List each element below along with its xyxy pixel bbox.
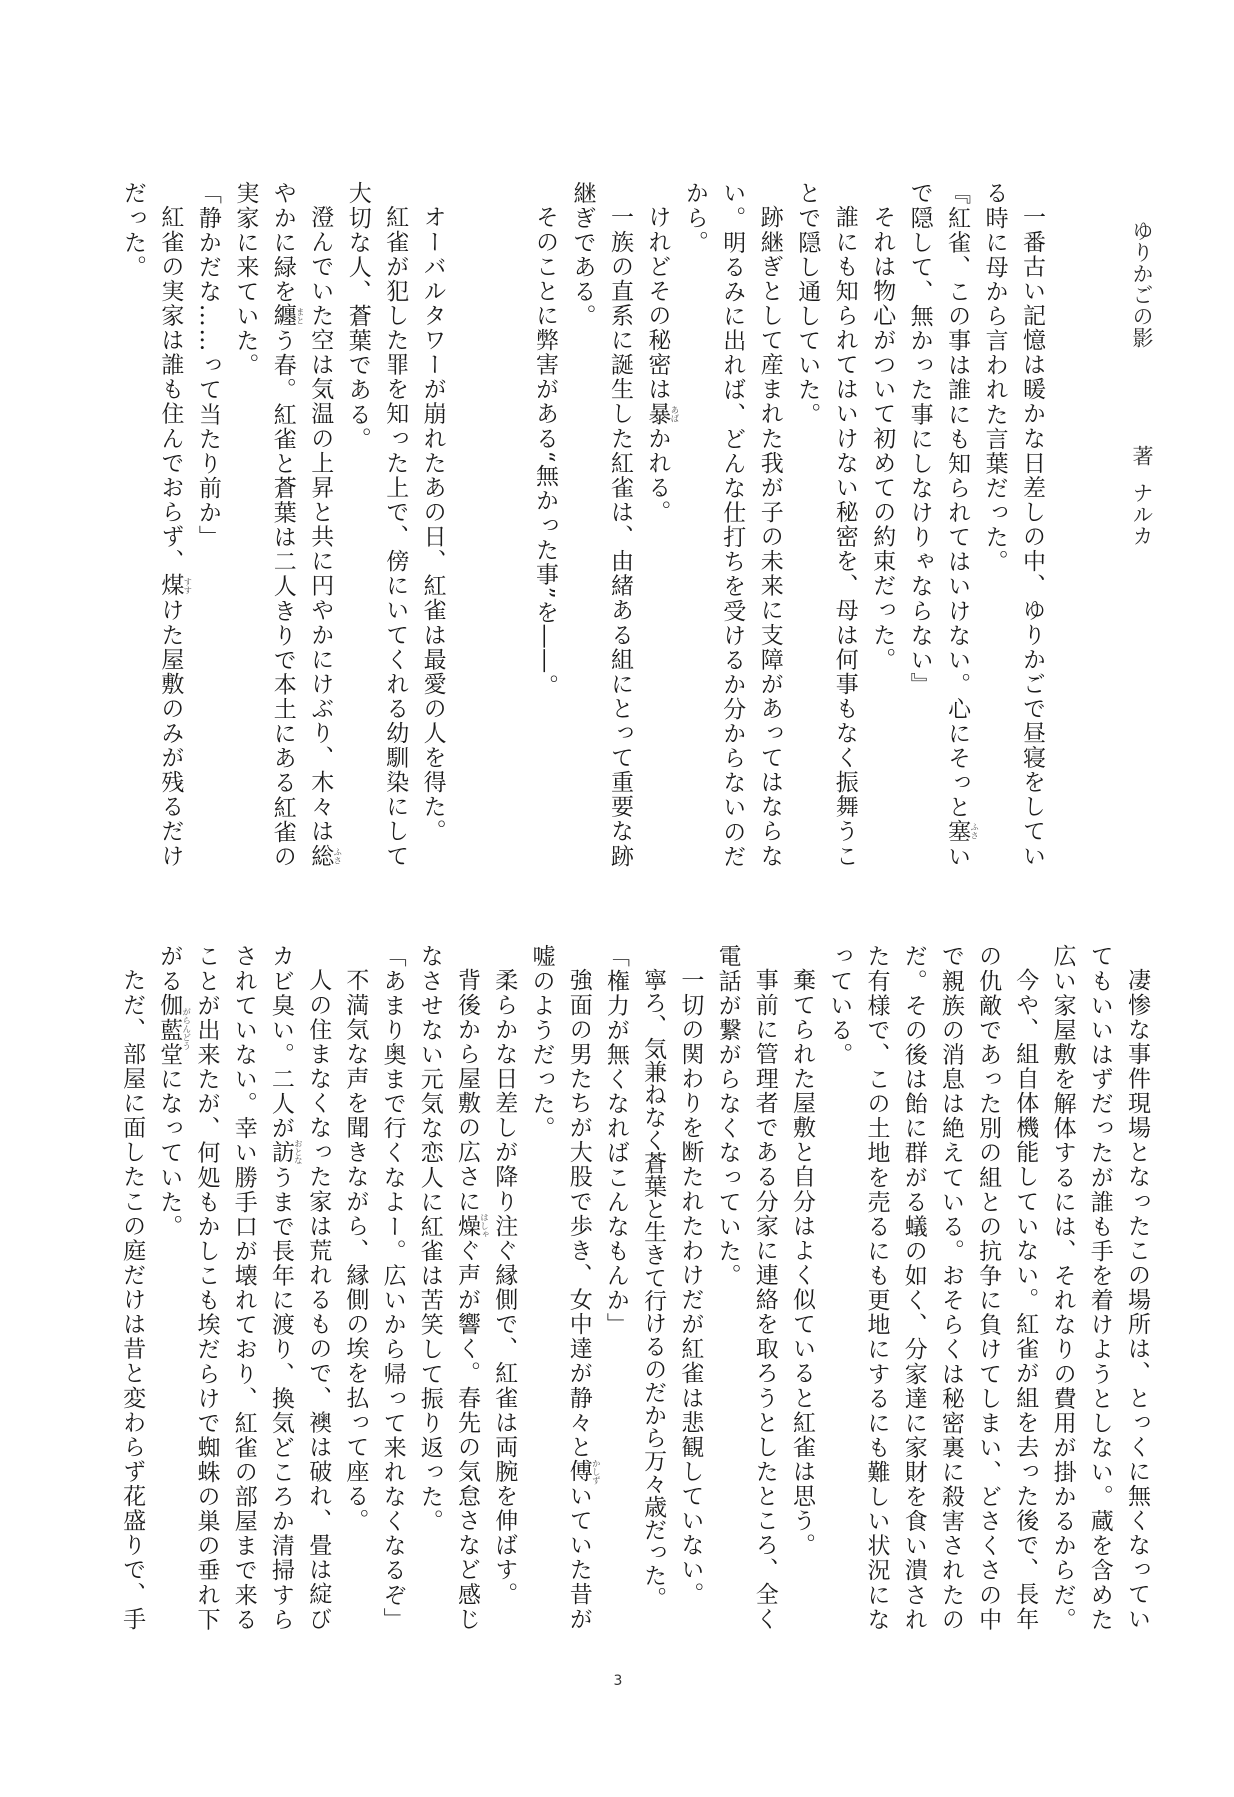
ruby-word: 訪おとな (268, 1140, 294, 1165)
text-line: ただ、部屋に面したこの庭だけは昔と変わらず花盛りで、手 (117, 944, 147, 1644)
ruby-base: 傅 (566, 1459, 592, 1484)
text-line: とで隠し通していた。 (792, 181, 822, 881)
text-line: で隠して、無かった事にしなけりゃならない』 (905, 181, 935, 881)
page-number: 3 (608, 1673, 628, 1689)
text-line: 一番古い記憶は暖かな日差しの中、ゆりかごで昼寝をしてい (1017, 181, 1047, 881)
line-text: い (944, 844, 970, 869)
text-line: 今や、組自体機能していない。紅雀が組を去った後で、長年 (1010, 944, 1040, 1644)
text-line: た有様で、この土地を売るにも更地にするにも難しい状況にな (862, 944, 892, 1644)
text-line: る時に母から言われた言葉だった。 (980, 181, 1010, 881)
text-line: てもいいはずだったが誰も手を着けようとしない。蔵を含めた (1085, 944, 1115, 1644)
text-line: 澄んでいた空は気温の上昇と共に円やかにけぶり、木々は総ふさ (305, 181, 335, 881)
line-text: かれる。 (644, 426, 670, 524)
text-line: けれどその秘密は暴あばかれる。 (642, 181, 672, 881)
text-line: 広い家屋敷を解体するには、それなりの費用が掛かるからだ。 (1048, 944, 1078, 1644)
line-text: いていた昔が (566, 1484, 592, 1631)
line-text: やかに緑を (270, 181, 296, 304)
text-line: 跡継ぎとして産まれた我が子の未来に支障があってはならな (755, 181, 785, 881)
ruby-reading: かしず (591, 1459, 600, 1485)
document-page: ゆりかごの影 著 ナルカ 一番古い記憶は暖かな日差しの中、ゆりかごで昼寝をしてい… (0, 0, 1234, 1797)
text-line: 柔らかな日差しが降り注ぐ縁側で、紅雀は両腕を伸ばす。 (489, 944, 519, 1644)
text-line: 大切な人、蒼葉である。 (343, 181, 373, 881)
text-line: 凄惨な事件現場となったこの場所は、とっくに無くなってい (1122, 944, 1152, 1644)
line-text: ぐ声が響く。春先の気怠さなど感じ (454, 1238, 480, 1631)
text-line: 紅雀が犯した罪を知った上で、傍にいてくれる幼馴染にして (380, 181, 410, 881)
text-line: やかに緑を纏まとう春。紅雀と蒼葉は二人きりで本土にある紅雀の (268, 181, 298, 881)
dialogue-line: 「静かだな……って当たり前か」 (193, 181, 223, 881)
text-line: そのことに弊害がある“無かった事”を――。 (530, 181, 560, 881)
ruby-base: 暴 (644, 402, 670, 427)
line-text: 強面の男たちが大股で歩き、女中達が静々と (566, 968, 592, 1459)
ruby-reading: まと (295, 307, 304, 324)
text-line: 電話が繋がらなくなっていた。 (713, 944, 743, 1644)
text-line: 継ぎである。 (568, 181, 598, 881)
line-text: う春。紅雀と蒼葉は二人きりで本土にある紅雀の (270, 328, 296, 868)
line-text: カビ臭い。二人が (268, 944, 294, 1140)
text-line: オーバルタワーが崩れたあの日、紅雀は最愛の人を得た。 (418, 181, 448, 881)
text-line: 事前に管理者である分家に連絡を取ろうとしたところ、全く (750, 944, 780, 1644)
line-text: うまで長年に渡り、換気どころか清掃すら (268, 1165, 294, 1632)
text-line: 一族の直系に誕生した紅雀は、由緒ある組にとって重要な跡 (605, 181, 635, 881)
ruby-base: 燥 (454, 1214, 480, 1239)
ruby-word: 纏まと (270, 303, 296, 328)
text-line: っている。 (824, 944, 854, 1644)
text-line: カビ臭い。二人が訪おとなうまで長年に渡り、換気どころか清掃すら (266, 944, 296, 1644)
text-line: だった。 (118, 181, 148, 881)
text-line: 『紅雀、この事は誰にも知られてはいけない。心にそっと塞ふさい (942, 181, 972, 881)
text-line: なさせない元気な恋人に紅雀は苦笑して振り返った。 (415, 944, 445, 1644)
text-line: い。明るみに出れば、どんな仕打ちを受けるか分からないのだ (717, 181, 747, 881)
text-line: 棄てられた屋敷と自分はよく似ていると紅雀は思う。 (787, 944, 817, 1644)
text-line: 寧ろ、気兼ねなく蒼葉と生きて行けるのだから万々歳だった。 (638, 944, 668, 1644)
text-line: それは物心がついて初めての約束だった。 (867, 181, 897, 881)
ruby-reading: はしゃ (479, 1213, 488, 1239)
line-text: 背後から屋敷の広さに (454, 968, 480, 1214)
dialogue-line: 「あまり奥まで行くなよー。広いから帰って来れなくなるぞ」 (378, 944, 408, 1644)
ruby-base: 伽藍堂 (156, 993, 182, 1067)
line-text: けれどその秘密は (644, 205, 670, 401)
dialogue-line: 「権力が無くなればこんなもんか」 (601, 944, 631, 1644)
ruby-word: 総ふさ (307, 844, 333, 869)
text-line: ことが出来たが、何処もかしこも埃だらけで蜘蛛の巣の垂れ下 (192, 944, 222, 1644)
text-line: の仇敵であった別の組との抗争に負けてしまい、どさくさの中 (973, 944, 1003, 1644)
ruby-reading: おとな (293, 1140, 302, 1166)
text-line: がる伽藍堂がらんどうになっていた。 (154, 944, 184, 1644)
text-line: から。 (680, 181, 710, 881)
ruby-word: 傅かしず (566, 1459, 592, 1484)
ruby-base: 訪 (268, 1140, 294, 1165)
text-line: 人の住まなくなった家は荒れるもので、襖は破れ、畳は綻び (303, 944, 333, 1644)
line-text: けた屋敷のみが残るだけ (157, 598, 183, 868)
line-text: がる (156, 944, 182, 993)
ruby-word: 煤すす (157, 573, 183, 598)
text-line: で親族の消息は絶えている。おそらくは秘密裏に殺害されたの (936, 944, 966, 1644)
text-line: 背後から屋敷の広さに燥はしゃぐ声が響く。春先の気怠さなど感じ (452, 944, 482, 1644)
ruby-reading: すす (182, 577, 191, 594)
text-line: 嘘のようだった。 (527, 944, 557, 1644)
line-text: になっていた。 (156, 1066, 182, 1238)
line-text: 紅雀の実家は誰も住んでおらず、 (157, 205, 183, 573)
text-line: 紅雀の実家は誰も住んでおらず、煤すすけた屋敷のみが残るだけ (155, 181, 185, 881)
upper-tier: 一番古い記憶は暖かな日差しの中、ゆりかごで昼寝をしてい る時に母から言われた言葉… (0, 181, 1234, 881)
text-line: 強面の男たちが大股で歩き、女中達が静々と傅かしずいていた昔が (564, 944, 594, 1644)
text-line: 実家に来ていた。 (230, 181, 260, 881)
text-line: されていない。幸い勝手口が壊れており、紅雀の部屋まで来る (229, 944, 259, 1644)
ruby-reading: がらんどう (181, 1008, 190, 1051)
lower-tier: 凄惨な事件現場となったこの場所は、とっくに無くなってい てもいいはずだったが誰も… (0, 944, 1234, 1644)
line-text: 澄んでいた空は気温の上昇と共に円やかにけぶり、木々は (307, 205, 333, 844)
ruby-word: 暴あば (644, 402, 670, 427)
ruby-base: 総 (307, 844, 333, 869)
ruby-reading: あば (669, 405, 678, 422)
ruby-base: 煤 (157, 573, 183, 598)
text-line: 不満気な声を聞きながら、縁側の埃を払って座る。 (340, 944, 370, 1644)
ruby-word: 伽藍堂がらんどう (156, 993, 182, 1067)
text-line: 一切の関わりを断たれたわけだが紅雀は悲観していない。 (675, 944, 705, 1644)
ruby-base: 塞 (944, 819, 970, 844)
text-line: だ。その後は飴に群がる蟻の如く、分家達に家財を食い潰され (899, 944, 929, 1644)
ruby-reading: ふさ (332, 847, 341, 864)
ruby-word: 燥はしゃ (454, 1214, 480, 1239)
ruby-base: 纏 (270, 303, 296, 328)
ruby-reading: ふさ (969, 823, 978, 840)
ruby-word: 塞ふさ (944, 819, 970, 844)
line-text: 『紅雀、この事は誰にも知られてはいけない。心にそっと (944, 181, 970, 820)
text-line: 誰にも知られてはいけない秘密を、母は何事もなく振舞うこ (830, 181, 860, 881)
